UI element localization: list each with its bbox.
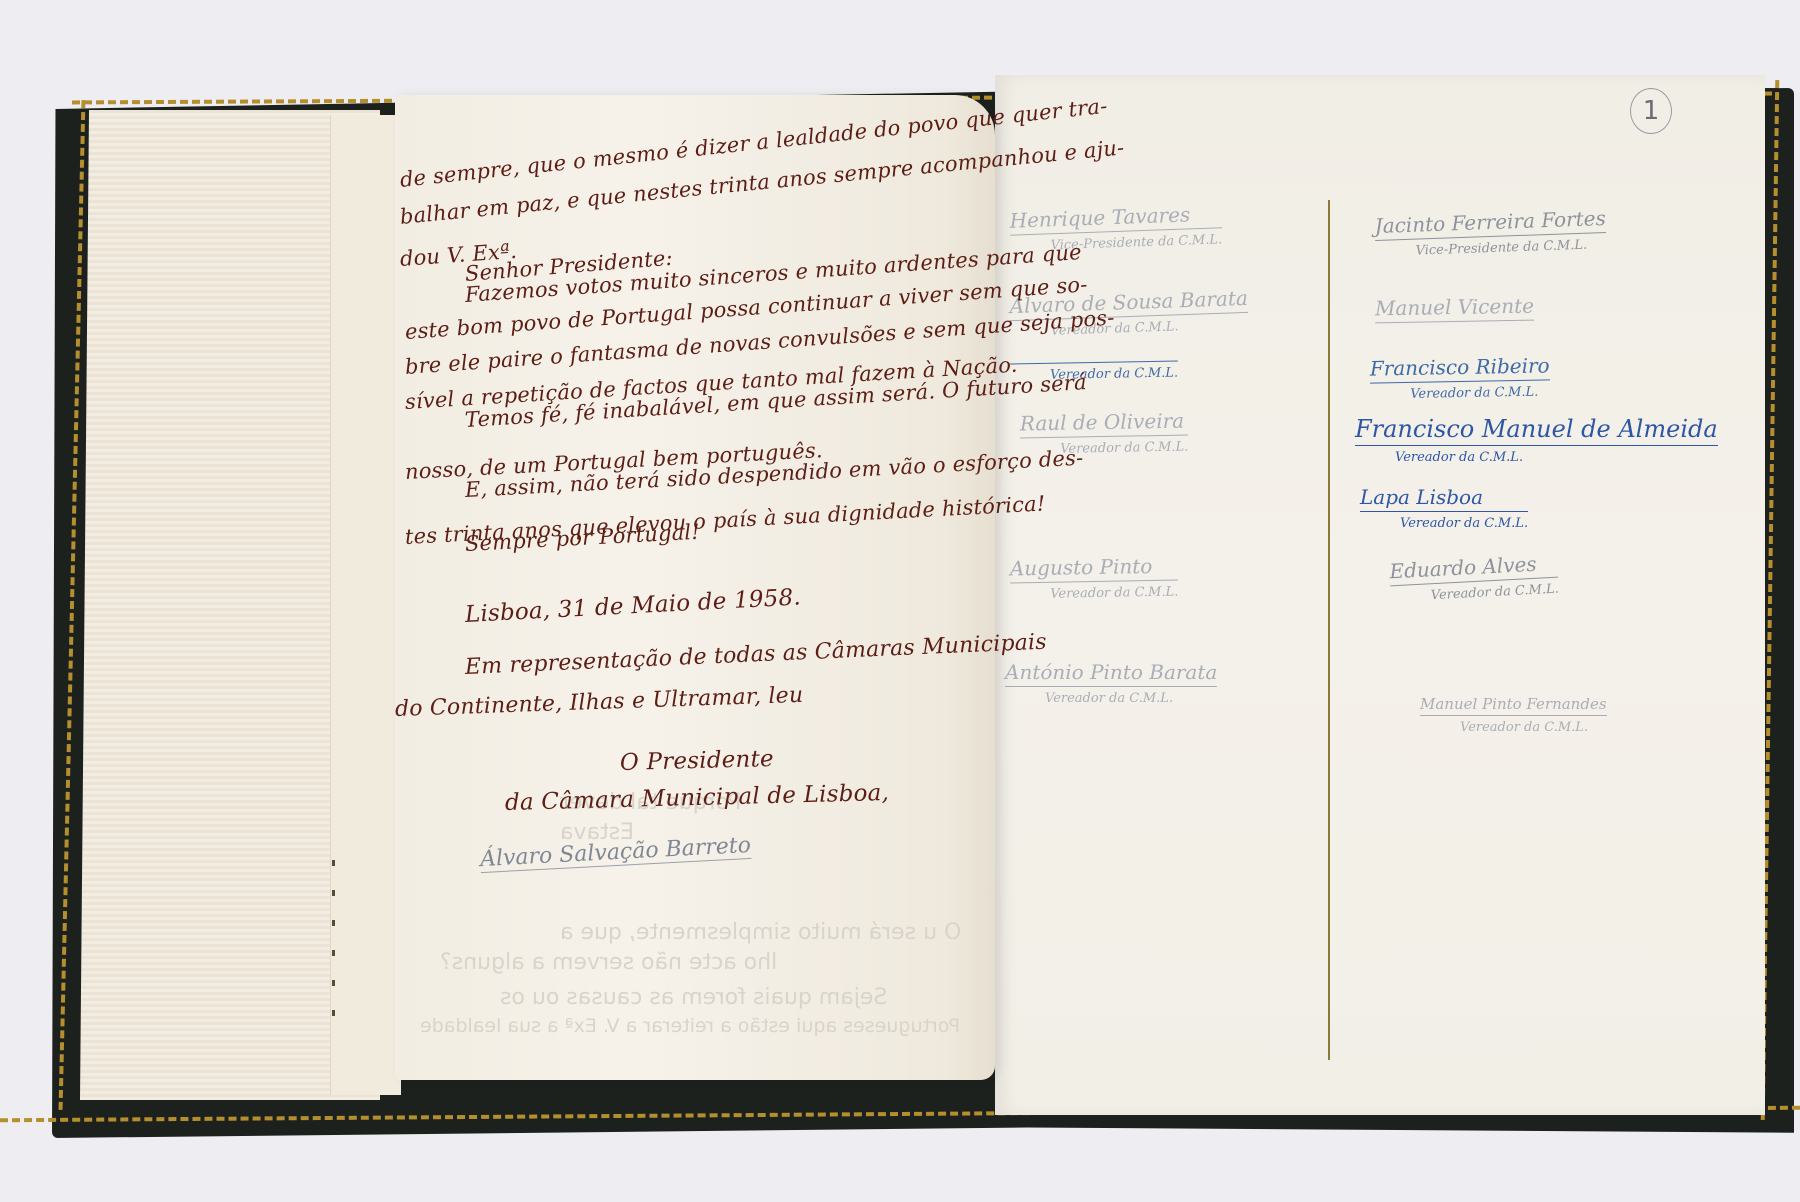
binding-stitches (332, 860, 335, 1040)
signature: Jacinto Ferreira Fortes Vice-Presidente … (1374, 206, 1607, 260)
signatory-title: O Presidente (620, 746, 774, 776)
signature: Manuel Pinto Fernandes Vereador da C.M.L… (1420, 695, 1607, 735)
signature: Augusto Pinto Vereador da C.M.L. (1010, 554, 1179, 603)
signature: Eduardo Alves Vereador da C.M.L. (1389, 551, 1559, 606)
show-through-text: O u será muito simplesmente, que a (560, 920, 961, 945)
signature: António Pinto Barata Vereador da C.M.L. (1005, 660, 1217, 706)
page-stub (330, 115, 401, 1095)
column-divider (1328, 200, 1330, 1060)
show-through-text: Portugueses aqui estão a reiterar a V. E… (420, 1015, 960, 1037)
signature: Francisco Ribeiro Vereador da C.M.L. (1370, 353, 1551, 402)
signature: Manuel Vicente (1375, 294, 1535, 328)
show-through-text: lho acte não servem a alguns? (440, 950, 777, 975)
signature: Lapa Lisboa Vereador da C.M.L. (1360, 485, 1528, 531)
signature: Francisco Manuel de Almeida Vereador da … (1355, 415, 1718, 465)
show-through-text: Sejam quais forem as causas ou os (500, 985, 887, 1010)
page-number: 1 (1630, 88, 1672, 134)
